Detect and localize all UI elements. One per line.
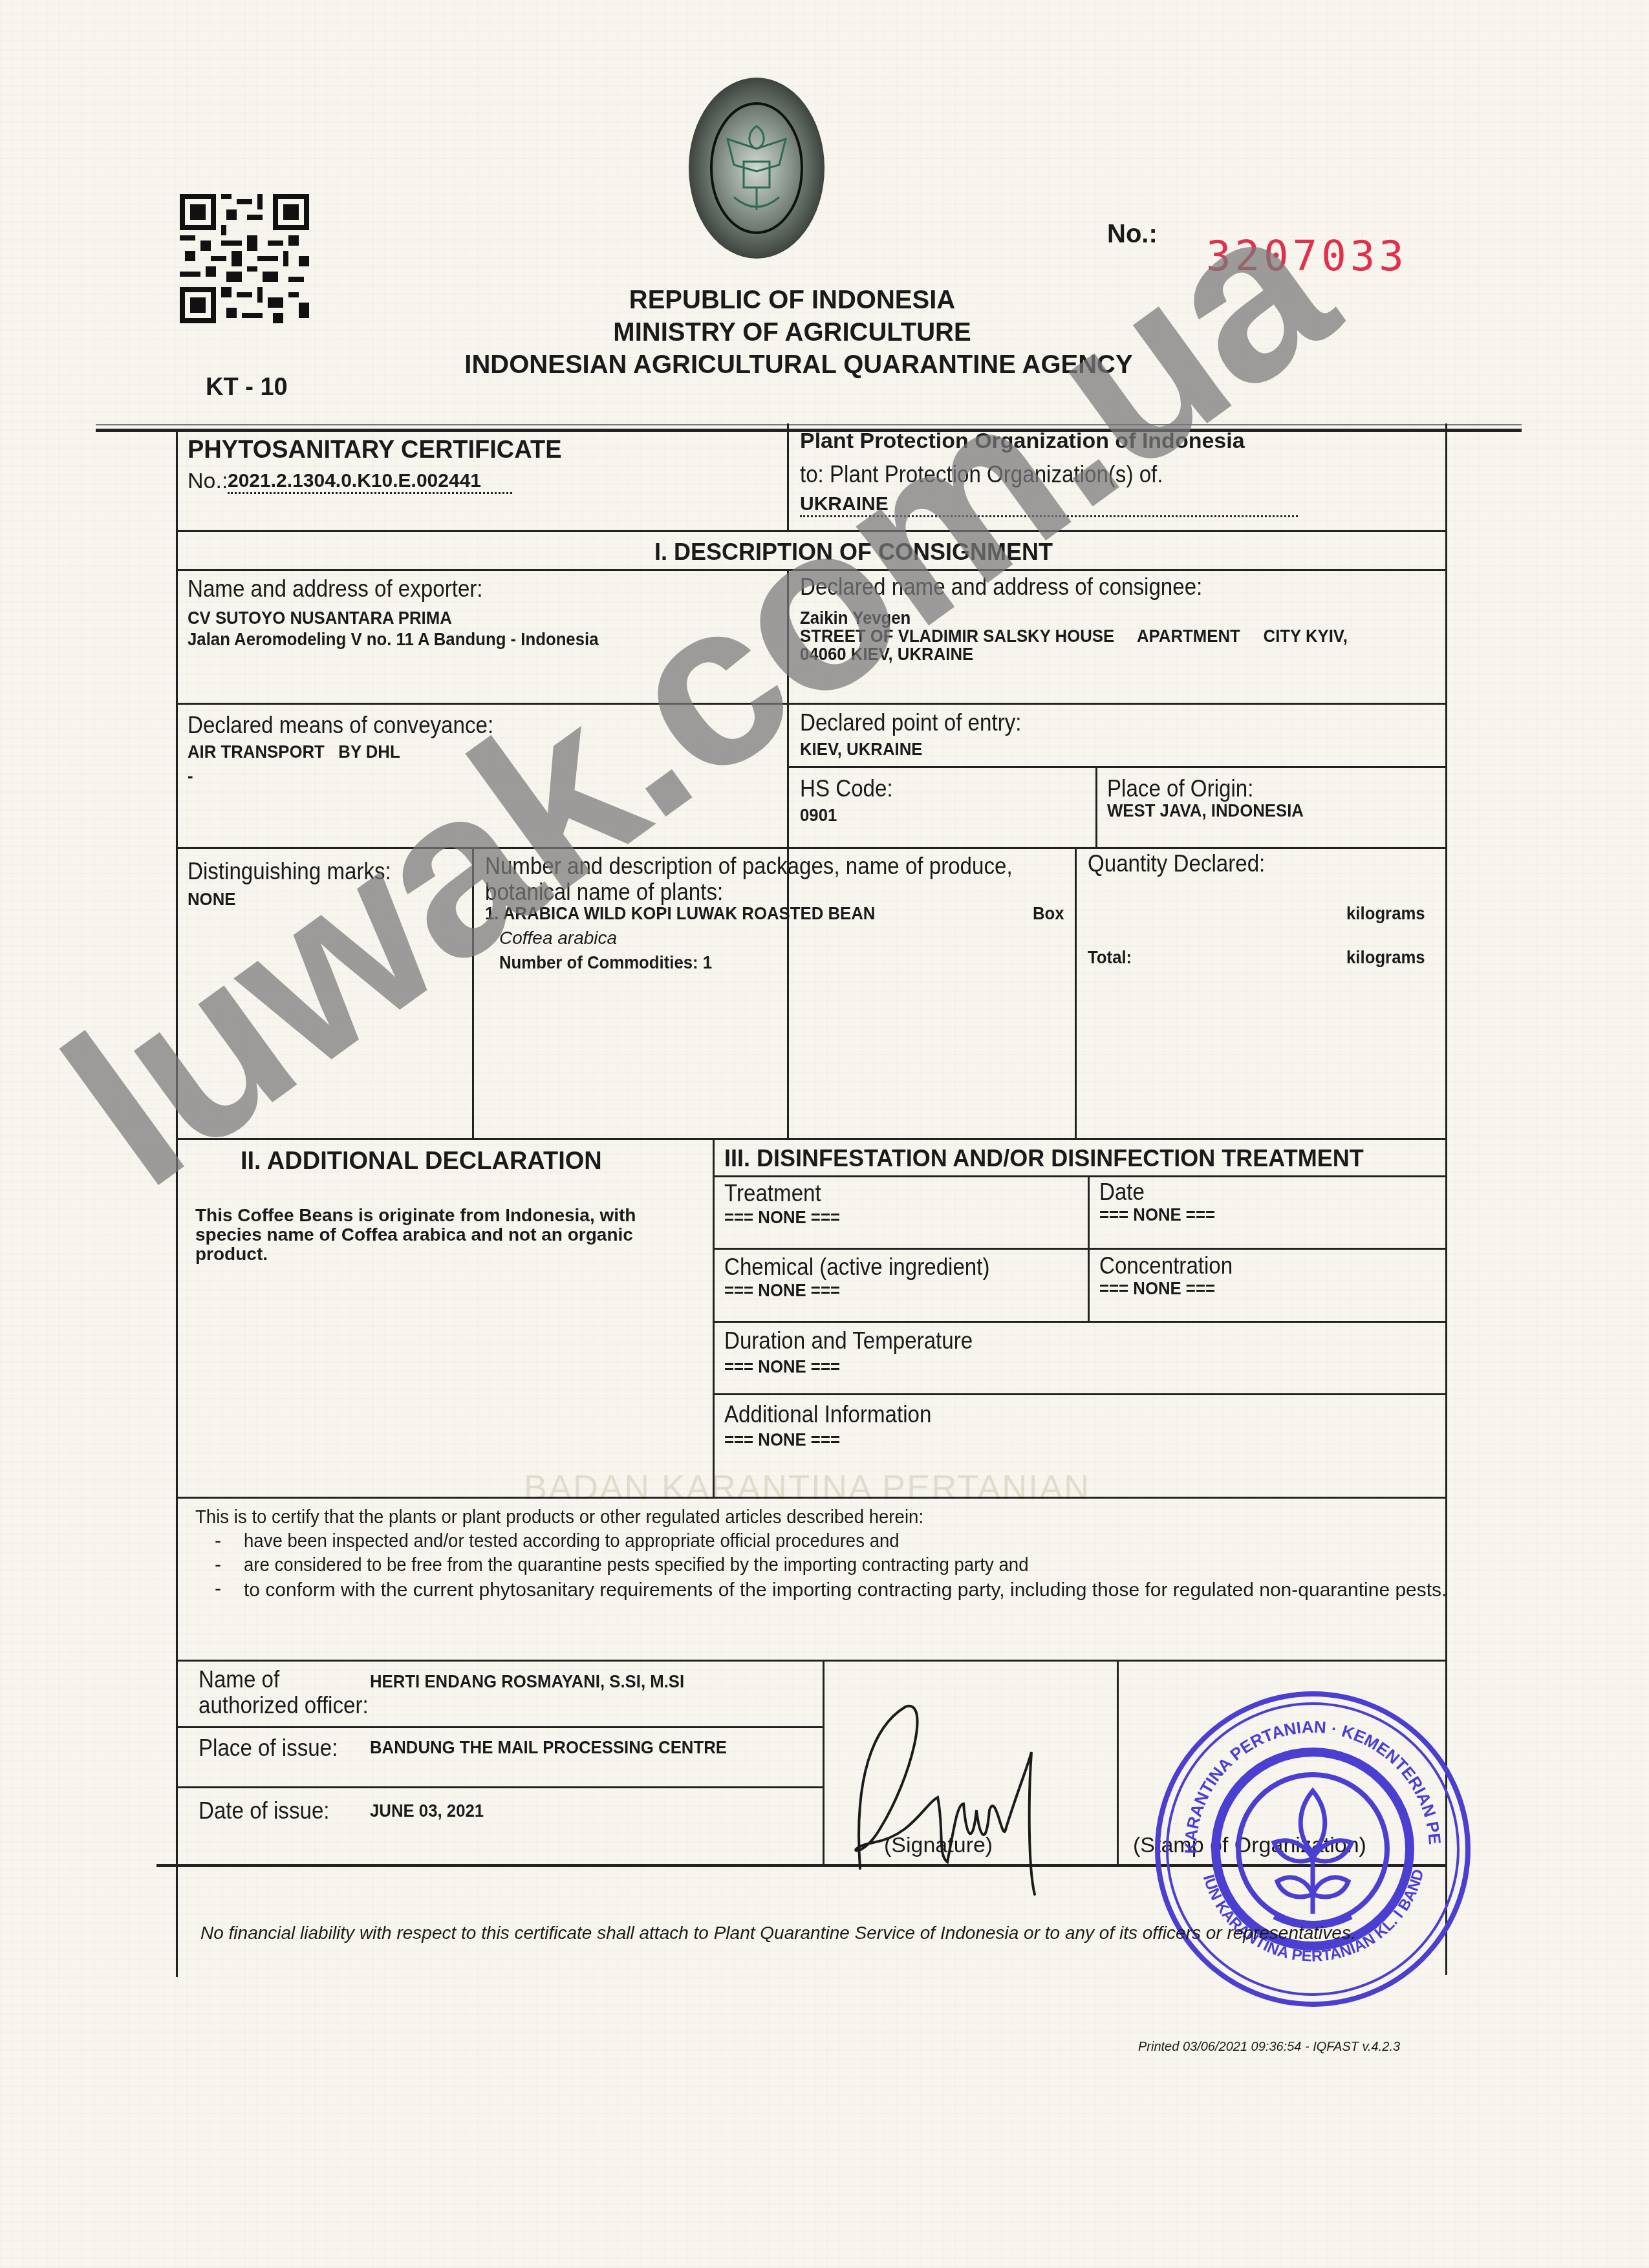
exporter-label: Name and address of exporter:: [188, 575, 483, 603]
liability-disclaimer: No financial liability with respect to t…: [200, 1922, 1461, 1944]
rule: [176, 1497, 1447, 1499]
origin-label: Place of Origin:: [1107, 775, 1253, 802]
total-unit: kilograms: [1346, 947, 1425, 968]
from-organization: Plant Protection Organization of Indones…: [800, 429, 1245, 454]
chemical-label: Chemical (active ingredient): [724, 1254, 989, 1281]
col-divider: [1095, 766, 1097, 849]
col-divider: [1117, 1660, 1119, 1864]
rule: [176, 1138, 1447, 1140]
certificate-title: PHYTOSANITARY CERTIFICATE: [188, 436, 561, 464]
col-divider: [823, 1660, 824, 1864]
marks-label: Distinguishing marks:: [188, 858, 391, 885]
total-label: Total:: [1088, 947, 1132, 968]
certification-bullet-2: are considered to be free from the quara…: [244, 1554, 1029, 1576]
signature-icon: [834, 1700, 1093, 1907]
certification-bullet-3: to conform with the current phytosanitar…: [244, 1578, 1460, 1602]
treatment-value: === NONE ===: [724, 1207, 840, 1228]
col-divider: [472, 847, 474, 1138]
rule: [176, 569, 1447, 571]
rule: [787, 766, 1447, 768]
frame-left: [176, 429, 178, 1977]
rule: [176, 703, 1447, 705]
printed-timestamp: Printed 03/06/2021 09:36:54 - IQFAST v.4…: [1138, 2040, 1400, 2055]
stamp-text-top: BADAN KARANTINA PERTANIAN · KEMENTERIAN …: [1145, 1681, 1445, 1854]
quantity-unit: kilograms: [1346, 903, 1425, 924]
rule: [176, 1660, 1447, 1662]
certificate-number: 2021.2.1304.0.K10.E.002441: [228, 470, 512, 494]
date-value: === NONE ===: [1099, 1204, 1215, 1225]
entry-point-label: Declared point of entry:: [800, 709, 1021, 736]
entry-point-value: KIEV, UKRAINE: [800, 739, 922, 760]
ministry-heading: MINISTRY OF AGRICULTURE: [0, 318, 1617, 347]
section-1-title: I. DESCRIPTION OF CONSIGNMENT: [654, 539, 1053, 566]
garuda-emblem-icon: [689, 78, 824, 259]
officer-name: HERTI ENDANG ROSMAYANI, S.SI, M.SI: [370, 1671, 684, 1692]
concentration-value: === NONE ===: [1099, 1278, 1215, 1299]
conveyance-value: AIR TRANSPORT BY DHL: [188, 742, 400, 762]
organization-stamp-icon: BADAN KARANTINA PERTANIAN · KEMENTERIAN …: [1145, 1681, 1481, 2017]
form-code: KT - 10: [206, 374, 288, 401]
packages-label-2: botanical name of plants:: [485, 879, 723, 906]
date-of-issue: JUNE 03, 2021: [370, 1801, 484, 1821]
bullet-dash: -: [215, 1578, 221, 1600]
consignee-label: Declared name and address of consignee:: [800, 573, 1202, 601]
certificate-number-label: No.:: [188, 469, 228, 494]
treatment-label: Treatment: [724, 1180, 821, 1207]
duration-label: Duration and Temperature: [724, 1327, 973, 1354]
marks-value: NONE: [188, 889, 235, 910]
exporter-name: CV SUTOYO NUSANTARA PRIMA: [188, 608, 452, 628]
duration-value: === NONE ===: [724, 1356, 840, 1377]
section-3-title: III. DISINFESTATION AND/OR DISINFECTION …: [724, 1145, 1364, 1172]
rule: [713, 1321, 1447, 1323]
place-of-issue: BANDUNG THE MAIL PROCESSING CENTRE: [370, 1737, 727, 1758]
col-divider: [713, 1138, 715, 1497]
hs-code-label: HS Code:: [800, 775, 893, 802]
date-label: Date: [1099, 1179, 1145, 1206]
serial-number-label: No.:: [1107, 220, 1158, 249]
title-divider: [787, 423, 789, 532]
col-divider: [1075, 847, 1077, 1138]
destination-country: UKRAINE: [800, 493, 1298, 517]
origin-value: WEST JAVA, INDONESIA: [1107, 800, 1304, 821]
rule: [713, 1248, 1447, 1250]
conveyance-label: Declared means of conveyance:: [188, 712, 493, 739]
item-1-description: 1. ARABICA WILD KOPI LUWAK ROASTED BEAN: [485, 903, 875, 924]
rule: [713, 1393, 1447, 1395]
concentration-label: Concentration: [1099, 1252, 1233, 1279]
republic-heading: REPUBLIC OF INDONESIA: [0, 286, 1617, 315]
quantity-label: Quantity Declared:: [1088, 850, 1265, 877]
svg-text:BADAN KARANTINA PERTANIAN · KE: BADAN KARANTINA PERTANIAN · KEMENTERIAN …: [1145, 1681, 1445, 1854]
rule: [176, 530, 1447, 532]
item-1-botanical-name: Coffea arabica: [499, 928, 617, 948]
conveyance-extra: -: [188, 766, 193, 787]
certification-bullet-1: have been inspected and/or tested accord…: [244, 1530, 900, 1552]
rule: [176, 847, 1447, 849]
chemical-value: === NONE ===: [724, 1280, 840, 1301]
serial-number: 3207033: [1206, 233, 1408, 281]
additional-info-label: Additional Information: [724, 1401, 931, 1428]
exporter-address: Jalan Aeromodeling V no. 11 A Bandung - …: [188, 629, 599, 650]
hs-code-value: 0901: [800, 805, 837, 826]
date-of-issue-label: Date of issue:: [199, 1797, 330, 1824]
additional-info-value: === NONE ===: [724, 1429, 840, 1450]
officer-name-label-1: Name of: [199, 1666, 279, 1693]
packages-label-1: Number and description of packages, name…: [485, 853, 1013, 880]
commodities-count: Number of Commodities: 1: [499, 952, 712, 973]
rule: [713, 1175, 1447, 1177]
item-1-unit: Box: [1033, 903, 1064, 924]
officer-name-label-2: authorized officer:: [199, 1692, 369, 1719]
certification-intro: This is to certify that the plants or pl…: [195, 1506, 923, 1528]
place-of-issue-label: Place of issue:: [199, 1735, 338, 1762]
rule: [176, 1786, 823, 1788]
rule: [176, 1726, 823, 1728]
consignee-address-2: 04060 KIEV, UKRAINE: [800, 644, 973, 665]
bullet-dash: -: [215, 1530, 221, 1552]
additional-declaration-text: This Coffee Beans is originate from Indo…: [195, 1206, 700, 1264]
section-2-title: II. ADDITIONAL DECLARATION: [241, 1148, 602, 1175]
bullet-dash: -: [215, 1554, 221, 1576]
to-organization-label: to: Plant Protection Organization(s) of.: [800, 461, 1163, 488]
